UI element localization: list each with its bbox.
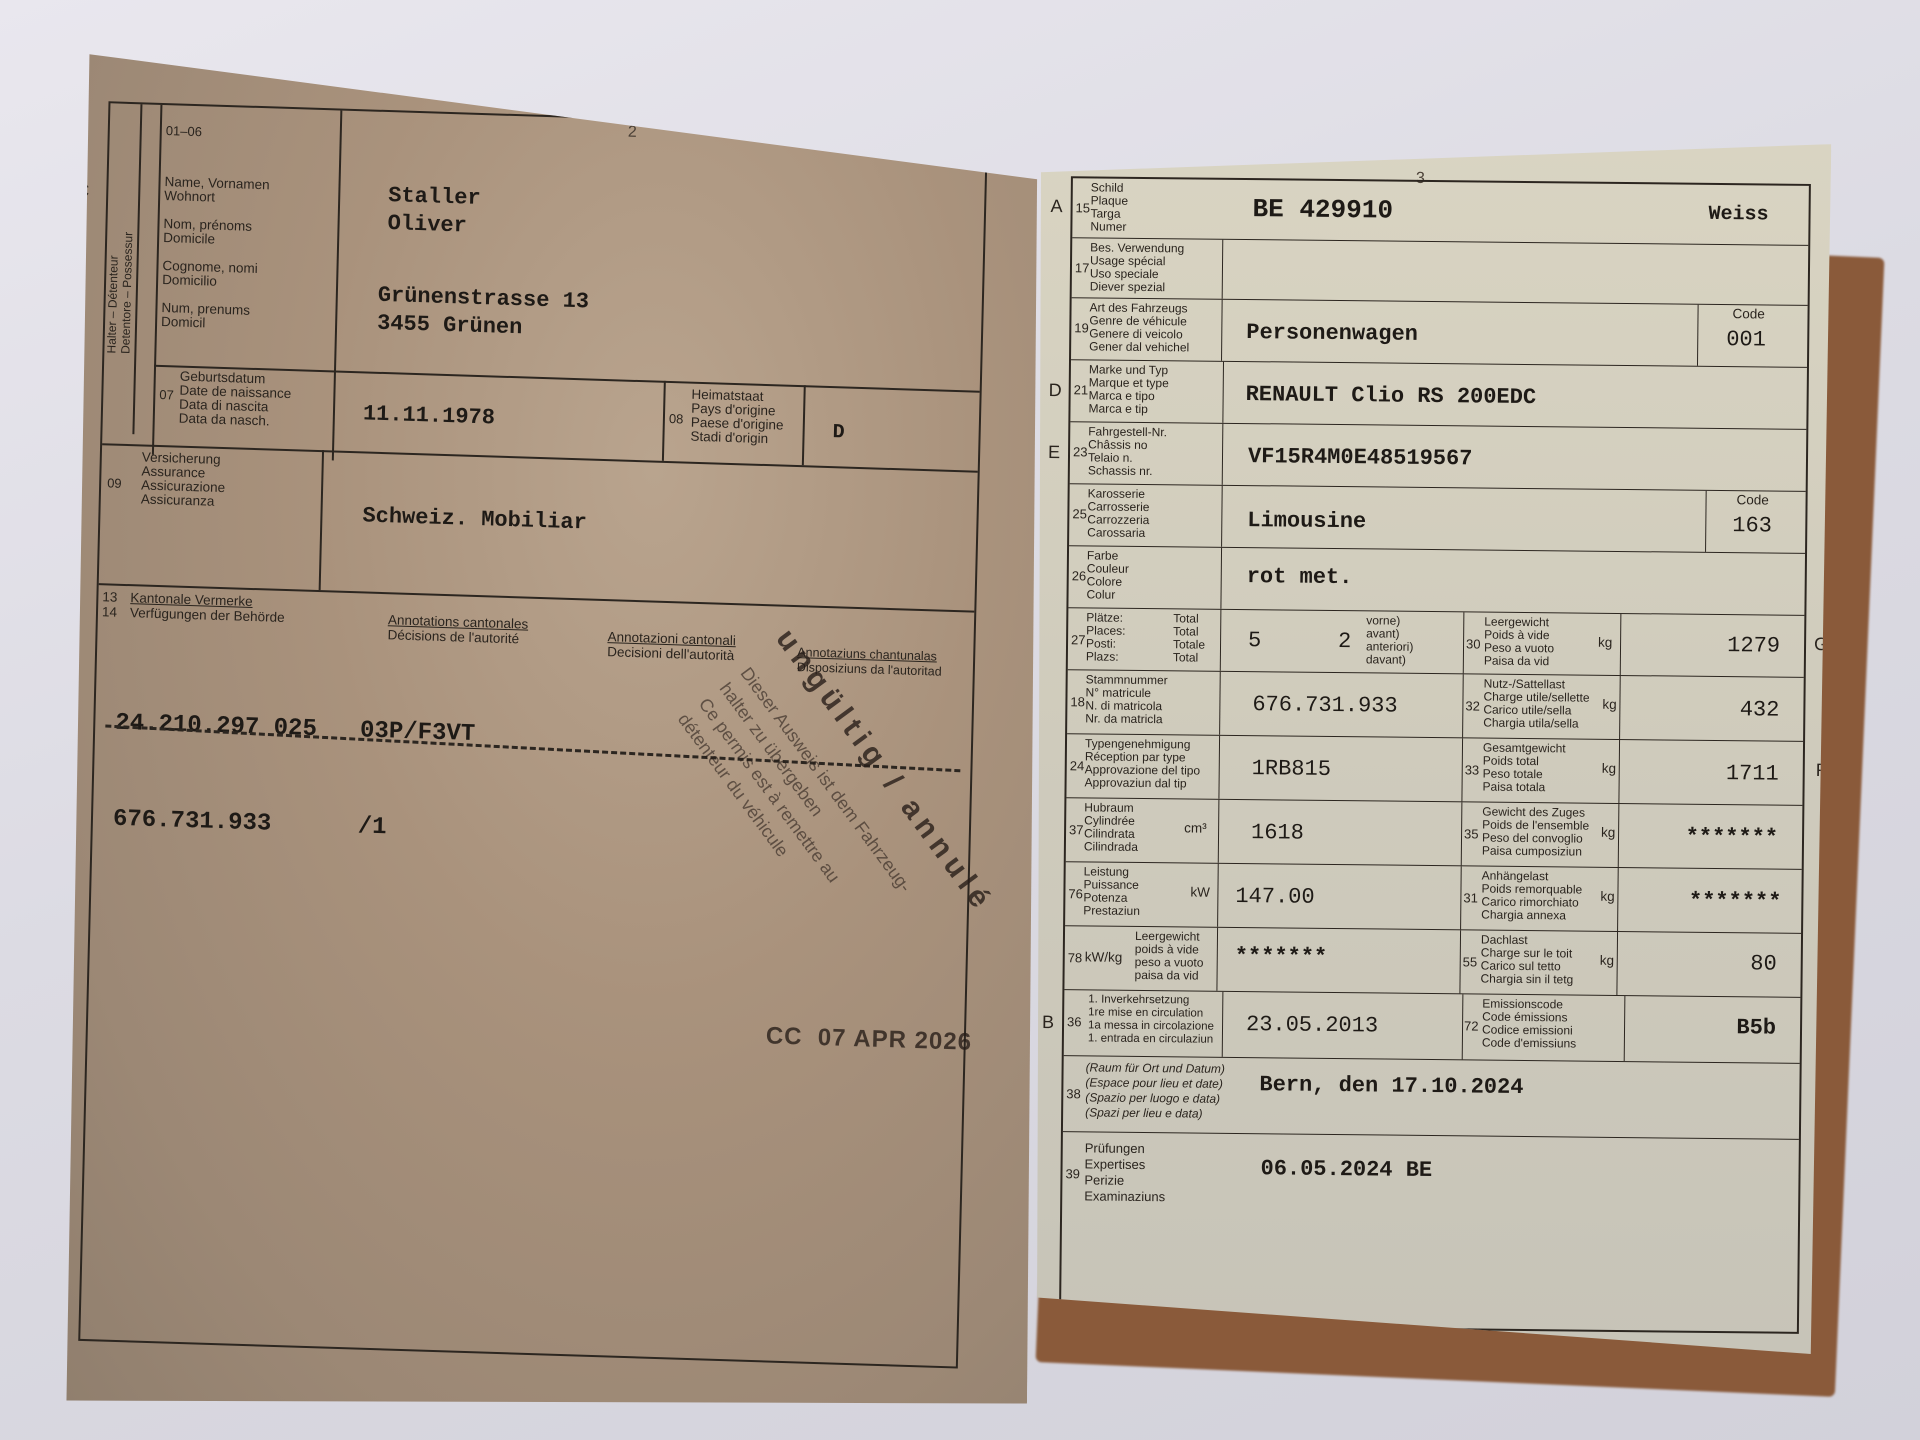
empty-weight-labels: LeergewichtPoids à videPeso a vuotoPaisa… — [1484, 616, 1555, 669]
field-number: 32 — [1465, 698, 1480, 713]
unit: kg — [1602, 762, 1616, 776]
field-number: 36 — [1067, 1014, 1082, 1029]
unit: kg — [1598, 636, 1612, 650]
type-approval-value: 1RB815 — [1252, 756, 1331, 782]
annotation-text: 24.210.297 025 03P/F3VT 676.731.933 /1 — [111, 644, 477, 911]
field-number: 15 — [1076, 200, 1091, 215]
divider — [1219, 672, 1221, 735]
divider — [1624, 996, 1626, 1061]
holder-vertical-label-2: Detentore – Possessur — [118, 232, 135, 354]
row-seats-empty-weight: 27 Plätze:Places:Posti:Plazs: TotalTotal… — [1068, 608, 1805, 678]
inspection-value: 06.05.2024 BE — [1260, 1156, 1432, 1183]
field-number: 38 — [1066, 1086, 1081, 1101]
unit: kg — [1601, 826, 1615, 840]
field-number: 19 — [1074, 320, 1089, 335]
unit: cm³ — [1184, 821, 1207, 835]
field-labels: LeistungPuissancePotenzaPrestaziun — [1083, 865, 1140, 918]
plate-number: BE 429910 — [1252, 194, 1393, 225]
vehicle-type-code: 001 — [1726, 327, 1766, 352]
color-value: rot met. — [1247, 564, 1353, 590]
row-vehicle-type: 19 Art des FahrzeugsGenre de véhiculeGen… — [1071, 298, 1808, 368]
side-letter: B — [1042, 1012, 1054, 1033]
row-body: 25 KarosserieCarrosserieCarrozzeriaCaros… — [1069, 484, 1806, 554]
field-labels: (Raum für Ort und Datum)(Espace pour lie… — [1085, 1060, 1225, 1121]
displacement-value: 1618 — [1251, 820, 1304, 846]
row-type-approval-total-weight: 24 TypengenehmigungRéception par typeApp… — [1066, 734, 1803, 806]
field-number: 37 — [1069, 822, 1084, 837]
field-labels: StammnummerN° matriculeN. di matricolaNr… — [1085, 673, 1168, 726]
divider — [319, 450, 324, 590]
plate-color: Weiss — [1708, 203, 1768, 227]
row-matricule-payload: 18 StammnummerN° matriculeN. di matricol… — [1067, 670, 1804, 742]
owner-surname: Staller — [388, 182, 481, 213]
unit: kg — [1600, 890, 1614, 904]
payload-labels: Nutz-/SattellastCharge utile/selletteCar… — [1483, 678, 1590, 731]
special-use-value — [1222, 240, 1809, 305]
body-type: Limousine — [1247, 508, 1366, 534]
side-letter: D — [1049, 380, 1062, 401]
field-number: 24 — [1070, 758, 1085, 773]
towing-labels: AnhängelastPoids remorquableCarico rimor… — [1481, 870, 1582, 923]
owner-address-block: Grünenstrasse 13 3455 Grünen — [377, 282, 590, 345]
row-first-registration-emissions: B 36 1. Inverkehrsetzung1re mise en circ… — [1064, 990, 1801, 1064]
annotation-numbers: 13 14 — [102, 589, 118, 619]
section-letter-c: C — [76, 180, 90, 201]
power-value: 147.00 — [1235, 884, 1314, 910]
unit: kg — [1602, 698, 1616, 712]
divider — [1463, 612, 1465, 673]
row-power-towing: 76 LeistungPuissancePotenzaPrestaziun kW… — [1065, 862, 1802, 934]
roof-load-value: 80 — [1750, 951, 1777, 976]
row-color: 26 FarbeCouleurColoreColur rot met. — [1068, 546, 1805, 616]
row-plate: A 15 SchildPlaqueTargaNumer BE 429910 We… — [1072, 178, 1809, 246]
divider — [1460, 866, 1462, 929]
emissions-labels: EmissionscodeCode émissionsCodice emissi… — [1482, 998, 1577, 1051]
divider — [1220, 610, 1222, 671]
field-number: 21 — [1074, 382, 1089, 397]
owner-labels: Name, Vornamen Wohnort Nom, prénoms Domi… — [161, 175, 270, 332]
divider — [1218, 736, 1220, 799]
train-weight-value: ******* — [1685, 825, 1778, 851]
field-labels: SchildPlaqueTargaNumer — [1090, 181, 1128, 233]
row-place-date: 38 (Raum für Ort und Datum)(Espace pour … — [1063, 1056, 1800, 1140]
field-number: 76 — [1068, 886, 1083, 901]
divider — [332, 111, 343, 461]
divider — [1217, 864, 1219, 927]
seats-front-labels: vorne)avant)anteriori)davant) — [1366, 614, 1414, 666]
field-labels: PrüfungenExpertisesPerizieExaminaziuns — [1084, 1140, 1166, 1205]
field-number: 78 — [1068, 950, 1083, 965]
row-power-ratio-roof-load: 78 kW/kg Leergewichtpoids à videpeso a v… — [1064, 926, 1801, 998]
towing-value: ******* — [1689, 889, 1782, 915]
field-labels: Art des FahrzeugsGenre de véhiculeGenere… — [1089, 301, 1190, 354]
divider — [1218, 800, 1220, 863]
field-labels: HubraumCylindréeCilindrataCilindrada — [1084, 801, 1139, 854]
origin-field-number: 08 — [669, 411, 684, 426]
divider — [1618, 804, 1620, 867]
field-number: 27 — [1071, 632, 1086, 647]
field-number: 31 — [1463, 890, 1478, 905]
empty-weight-value: 1279 — [1727, 633, 1780, 659]
total-weight-value: 1711 — [1726, 761, 1779, 787]
field-number: 55 — [1463, 954, 1478, 969]
payload-value: 432 — [1740, 697, 1780, 722]
seats-total: 5 — [1248, 628, 1261, 653]
divider — [1216, 928, 1218, 991]
insurance-labels: Versicherung Assurance Assicurazione Ass… — [141, 450, 226, 509]
place-date-value: Bern, den 17.10.2024 — [1259, 1072, 1523, 1100]
owner-first-name: Oliver — [387, 210, 480, 241]
divider — [152, 105, 163, 455]
annotation-header-de: Kantonale Vermerke Verfügungen der Behör… — [130, 590, 285, 625]
field-number: 26 — [1072, 568, 1087, 583]
unit: kW/kg — [1085, 950, 1123, 964]
origin-labels: Heimatstaat Pays d'origine Paese d'origi… — [690, 388, 784, 447]
row-special-use: 17 Bes. VerwendungUsage spécialUso speci… — [1072, 238, 1809, 306]
emissions-code-value: B5b — [1736, 1015, 1776, 1040]
code-cell: Code 163 — [1705, 491, 1806, 553]
insurance-value: Schweiz. Mobiliar — [362, 503, 587, 535]
field-labels: Fahrgestell-Nr.Châssis noTelaio n.Schass… — [1088, 425, 1167, 478]
field-labels: TypengenehmigungRéception par typeApprov… — [1085, 737, 1201, 790]
annotation-header-fr: Annotations cantonales Décisions de l'au… — [387, 612, 528, 646]
chassis-number: VF15R4M0E48519567 — [1248, 444, 1473, 471]
divider — [1618, 740, 1620, 803]
field-labels: FarbeCouleurColoreColur — [1086, 549, 1129, 601]
insurance-field-number: 09 — [107, 475, 122, 490]
divider — [1459, 930, 1461, 993]
birth-date: 11.11.1978 — [363, 401, 496, 430]
roof-load-labels: DachlastCharge sur le toitCarico sul tet… — [1480, 934, 1573, 987]
owner-name-block: Staller Oliver — [387, 182, 481, 241]
field-range: 01–06 — [166, 123, 203, 139]
row-displacement-train-weight: 37 HubraumCylindréeCilindrataCilindrada … — [1066, 798, 1803, 870]
field-labels: KarosserieCarrosserieCarrozzeriaCarossar… — [1087, 487, 1150, 540]
left-page: 2 C Halter – Détenteur Detentore – Posse… — [37, 40, 1060, 1431]
annotation-line-2: 676.731.933 /1 — [113, 804, 474, 847]
seats-front: 2 — [1338, 629, 1351, 654]
train-weight-labels: Gewicht des ZugesPoids de l'ensemblePeso… — [1482, 806, 1590, 859]
divider — [1461, 738, 1463, 801]
divider — [662, 381, 666, 461]
birth-field-number: 07 — [159, 387, 174, 402]
code-cell: Code 001 — [1697, 305, 1808, 367]
divider — [1462, 674, 1464, 737]
divider — [1461, 802, 1463, 865]
unit: kg — [1600, 954, 1614, 968]
divider — [1616, 932, 1618, 995]
field-number: 30 — [1466, 636, 1481, 651]
field-number: 25 — [1072, 506, 1087, 521]
divider — [1222, 992, 1224, 1057]
divider — [102, 443, 978, 473]
side-letter: A — [1051, 196, 1063, 217]
annotation-header-it: Annotazioni cantonali Decisioni dell'aut… — [607, 629, 736, 663]
seats-total-labels: TotalTotalTotaleTotal — [1173, 612, 1206, 664]
right-page: 3 A 15 SchildPlaqueTargaNumer BE 429910 … — [1029, 136, 1832, 1354]
divider — [1619, 676, 1621, 739]
make-model: RENAULT Clio RS 200EDC — [1246, 382, 1537, 410]
first-registration-value: 23.05.2013 — [1246, 1012, 1378, 1038]
row-inspections: 39 PrüfungenExpertisesPerizieExaminaziun… — [1061, 1132, 1799, 1330]
seats-labels: Plätze:Places:Posti:Plazs: — [1086, 611, 1126, 663]
field-number: 18 — [1070, 694, 1085, 709]
divider — [802, 385, 806, 465]
field-labels: Leergewichtpoids à videpeso a vuotopaisa… — [1135, 930, 1204, 983]
field-number: 72 — [1464, 1018, 1479, 1033]
field-number: 17 — [1075, 260, 1090, 275]
body-type-code: 163 — [1732, 513, 1772, 538]
side-letter: E — [1048, 442, 1060, 463]
row-make-model: D 21 Marke und TypMarque et typeMarca e … — [1070, 360, 1807, 430]
vehicle-type: Personenwagen — [1246, 320, 1418, 347]
power-ratio-value: ******* — [1235, 944, 1328, 970]
total-weight-labels: GesamtgewichtPoids totalPeso totalePaisa… — [1482, 742, 1565, 795]
field-labels: Bes. VerwendungUsage spécialUso speciale… — [1090, 241, 1185, 294]
matricule-value: 676.731.933 — [1252, 692, 1397, 719]
birth-labels: Geburtsdatum Date de naissance Data di n… — [179, 370, 292, 429]
field-number: 23 — [1073, 444, 1088, 459]
right-form-grid: A 15 SchildPlaqueTargaNumer BE 429910 We… — [1059, 176, 1811, 1334]
field-number: 33 — [1465, 762, 1480, 777]
origin-value: D — [832, 421, 845, 444]
divider — [1620, 614, 1622, 675]
field-number: 39 — [1065, 1166, 1080, 1181]
field-labels: 1. Inverkehrsetzung1re mise en circulati… — [1088, 993, 1214, 1046]
row-chassis: E 23 Fahrgestell-Nr.Châssis noTelaio n.S… — [1070, 422, 1807, 492]
unit: kW — [1190, 885, 1210, 899]
field-number: 35 — [1464, 826, 1479, 841]
divider — [1617, 868, 1619, 931]
field-labels: Marke und TypMarque et typeMarca e tipoM… — [1088, 363, 1169, 416]
